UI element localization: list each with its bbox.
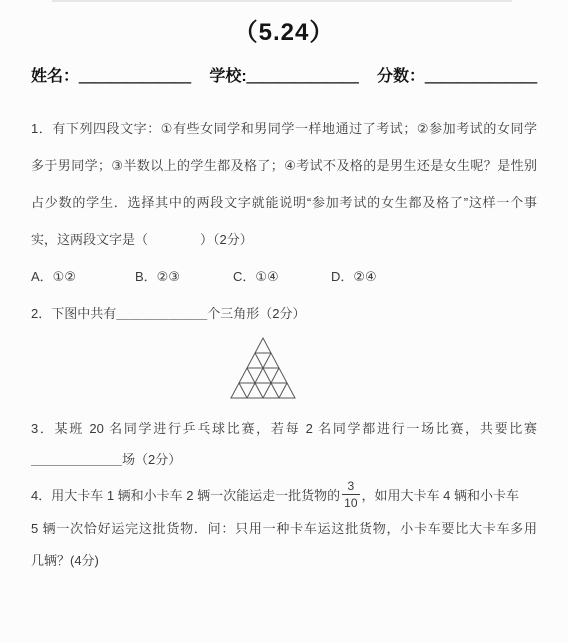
worksheet-page: （5.24） 姓名：＿＿＿＿＿＿＿ 学校:＿＿＿＿＿＿＿ 分数：＿＿＿＿＿＿＿ … (0, 0, 568, 643)
school-blank-line: ＿＿＿＿＿＿＿ (247, 68, 359, 85)
school-field: 学校:＿＿＿＿＿＿＿ (209, 66, 358, 88)
question-4-text-after-fraction: ，如用大卡车 4 辆和小卡车 (362, 485, 519, 504)
top-border-line (52, 0, 512, 2)
question-4-line-3: 几辆？(4分) (31, 545, 537, 577)
student-info-row: 姓名：＿＿＿＿＿＿＿ 学校:＿＿＿＿＿＿＿ 分数：＿＿＿＿＿＿＿ (31, 66, 537, 88)
question-4-text-before-fraction: 4．用大卡车 1 辆和小卡车 2 辆一次能运走一批货物的 (31, 485, 340, 504)
question-4: 4．用大卡车 1 辆和小卡车 2 辆一次能运走一批货物的 3 10 ，如用大卡车… (31, 475, 537, 577)
question-1-line-1: 1．有下列四段文字：①有些女同学和男同学一样地通过了考试；②参加考试的女同学 (31, 110, 537, 147)
question-1-options: A．①② B．②③ C．①④ D．②④ (31, 258, 537, 295)
question-1-option-b: B．②③ (135, 258, 233, 295)
question-2-figure (228, 336, 537, 400)
score-blank-line: ＿＿＿＿＿＿＿ (425, 68, 537, 85)
question-3: 3．某班 20 名同学进行乒乓球比赛，若每 2 名同学都进行一场比赛，共要比赛 … (31, 413, 537, 475)
school-label: 学校: (209, 68, 246, 85)
question-1-line-3: 占少数的学生．选择其中的两段文字就能说明“参加考试的女生都及格了”这样一个事 (31, 184, 537, 221)
question-2: 2．下图中共有＿＿＿＿＿＿＿个三角形（2分） (31, 295, 537, 400)
question-1-option-a: A．①② (31, 258, 135, 295)
name-blank-line: ＿＿＿＿＿＿＿ (79, 68, 191, 85)
questions-area: 1．有下列四段文字：①有些女同学和男同学一样地通过了考试；②参加考试的女同学 多… (31, 110, 537, 577)
fraction-numerator: 3 (343, 480, 358, 494)
question-3-line-1: 3．某班 20 名同学进行乒乓球比赛，若每 2 名同学都进行一场比赛，共要比赛 (31, 413, 537, 444)
question-1-option-c: C．①④ (233, 258, 331, 295)
fraction-3-over-10: 3 10 (342, 480, 359, 509)
fraction-denominator: 10 (342, 494, 359, 509)
name-field: 姓名：＿＿＿＿＿＿＿ (31, 66, 191, 88)
question-1-line-2: 多于男同学；③半数以上的学生都及格了；④考试不及格的是男生还是女生呢？是性别 (31, 147, 537, 184)
question-2-text: 2．下图中共有＿＿＿＿＿＿＿个三角形（2分） (31, 295, 537, 332)
name-label: 姓名： (31, 68, 79, 85)
score-field: 分数：＿＿＿＿＿＿＿ (377, 66, 537, 88)
question-1-line-4: 实，这两段文字是（ ）（2分） (31, 221, 537, 258)
page-title: （5.24） (0, 0, 568, 48)
question-3-line-2: ＿＿＿＿＿＿＿场（2分） (31, 444, 537, 475)
question-1-option-d: D．②④ (331, 258, 377, 295)
triangle-grid-figure (228, 336, 298, 400)
score-label: 分数： (377, 68, 425, 85)
question-1: 1．有下列四段文字：①有些女同学和男同学一样地通过了考试；②参加考试的女同学 多… (31, 110, 537, 295)
question-4-line-1: 4．用大卡车 1 辆和小卡车 2 辆一次能运走一批货物的 3 10 ，如用大卡车… (31, 475, 537, 513)
question-4-line-2: 5 辆一次恰好运完这批货物．问：只用一种卡车运这批货物，小卡车要比大卡车多用 (31, 513, 537, 545)
